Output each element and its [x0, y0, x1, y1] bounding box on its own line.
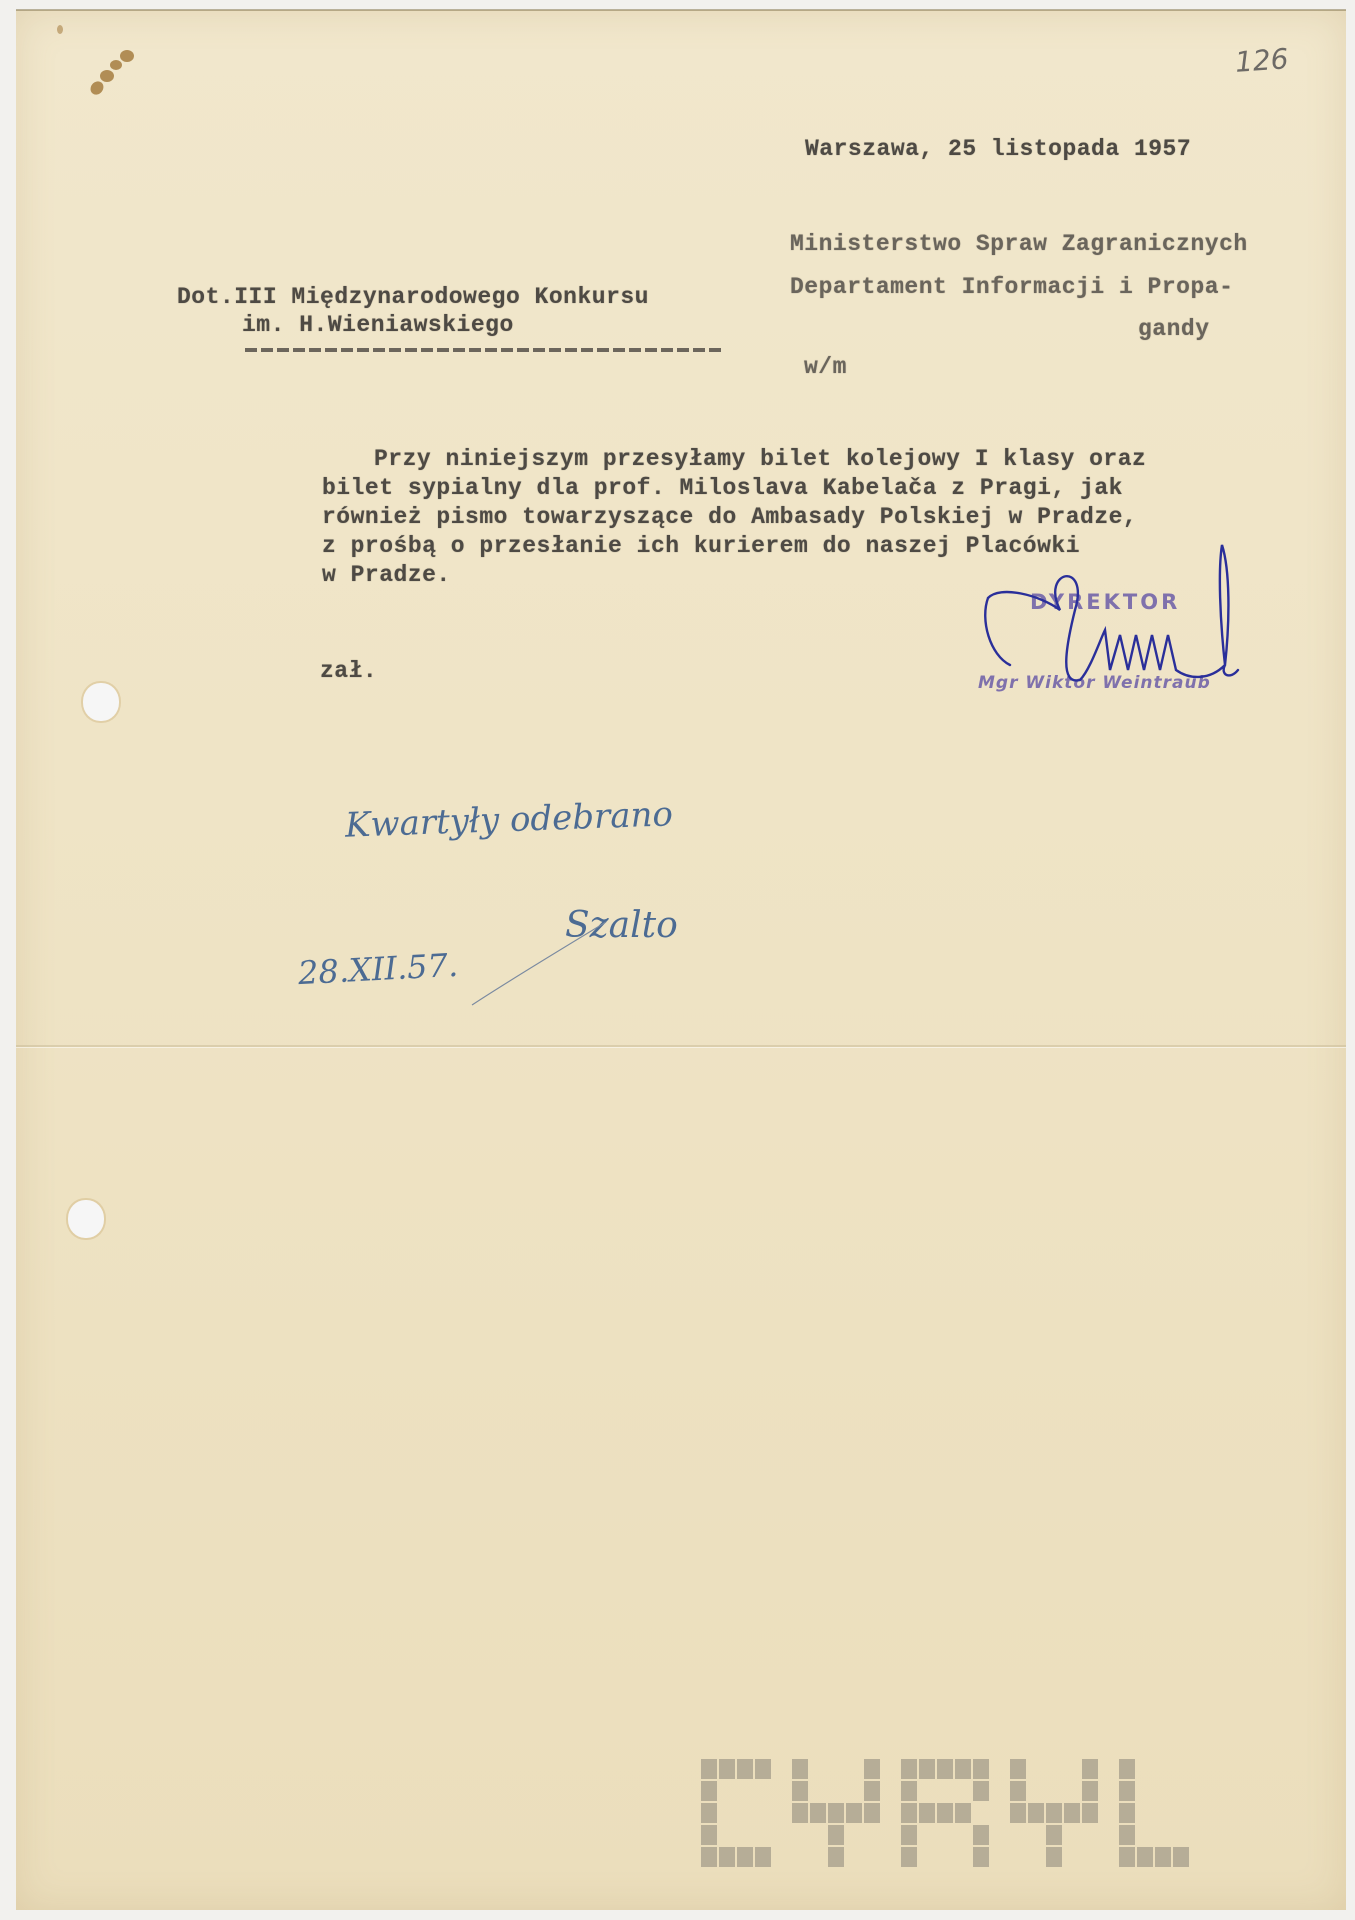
logo-cell	[701, 1781, 717, 1801]
logo-cell	[1046, 1847, 1062, 1867]
subject-underline	[245, 348, 723, 352]
logo-cell	[901, 1847, 917, 1867]
body-line-4: z prośbą o przesłanie ich kurierem do na…	[322, 533, 1080, 559]
body-line-5: w Pradze.	[322, 562, 451, 588]
recipient-line-1: Ministerstwo Spraw Zagranicznych	[790, 231, 1248, 257]
folio-number: 126	[1234, 42, 1290, 79]
logo-cell	[828, 1803, 844, 1823]
subject-line-2: im. H.Wieniawskiego	[242, 312, 514, 338]
logo-cell	[973, 1781, 989, 1801]
subject-line-1: Dot.III Międzynarodowego Konkursu	[177, 284, 649, 310]
logo-cell	[1173, 1847, 1189, 1867]
logo-cell	[719, 1759, 735, 1779]
logo-cell	[919, 1803, 935, 1823]
logo-cell	[901, 1781, 917, 1801]
logo-cell	[1064, 1803, 1080, 1823]
logo-cell	[973, 1847, 989, 1867]
logo-cell	[1028, 1803, 1044, 1823]
logo-cell	[1119, 1847, 1135, 1867]
rust-stain	[100, 70, 114, 82]
logo-cell	[1010, 1803, 1026, 1823]
punch-hole-top	[83, 683, 119, 721]
body-line-1: Przy niniejszym przesyłamy bilet kolejow…	[374, 446, 1146, 472]
logo-cell	[1119, 1803, 1135, 1823]
logo-cell	[792, 1781, 808, 1801]
logo-cell	[792, 1759, 808, 1779]
recipient-line-3: gandy	[1138, 316, 1210, 342]
body-line-3: również pismo towarzyszące do Ambasady P…	[322, 504, 1137, 530]
logo-cell	[919, 1759, 935, 1779]
logo-cell	[937, 1803, 953, 1823]
director-signature	[980, 540, 1250, 700]
logo-cell	[901, 1825, 917, 1845]
logo-cell	[1137, 1847, 1153, 1867]
recipient-line-2: Departament Informacji i Propa-	[790, 274, 1233, 300]
logo-cell	[737, 1847, 753, 1867]
pencil-stroke	[470, 920, 610, 1010]
logo-cell	[846, 1803, 862, 1823]
logo-cell	[701, 1803, 717, 1823]
place-date: Warszawa, 25 listopada 1957	[805, 136, 1191, 162]
logo-cell	[828, 1825, 844, 1845]
enclosure-mark: zał.	[320, 658, 377, 684]
logo-cell	[973, 1759, 989, 1779]
logo-cell	[955, 1759, 971, 1779]
logo-cell	[901, 1759, 917, 1779]
body-line-2: bilet sypialny dla prof. Miloslava Kabel…	[322, 475, 1123, 501]
logo-cell	[937, 1759, 953, 1779]
logo-cell	[1010, 1781, 1026, 1801]
logo-cell	[864, 1759, 880, 1779]
logo-cell	[755, 1847, 771, 1867]
routing-mark: w/m	[804, 354, 847, 380]
logo-cell	[792, 1803, 808, 1823]
logo-cell	[737, 1759, 753, 1779]
logo-cell	[864, 1781, 880, 1801]
logo-cell	[701, 1847, 717, 1867]
rust-stain	[57, 25, 63, 34]
logo-cell	[1119, 1759, 1135, 1779]
logo-cell	[1155, 1847, 1171, 1867]
logo-cell	[1119, 1825, 1135, 1845]
rust-stain	[120, 50, 134, 62]
logo-cell	[901, 1803, 917, 1823]
page-top-edge	[16, 9, 1346, 11]
logo-cell	[701, 1759, 717, 1779]
logo-cell	[864, 1803, 880, 1823]
logo-cell	[973, 1825, 989, 1845]
logo-cell	[755, 1759, 771, 1779]
logo-cell	[701, 1825, 717, 1845]
logo-cell	[955, 1803, 971, 1823]
logo-cell	[1046, 1825, 1062, 1845]
rust-stain	[110, 60, 122, 70]
logo-cell	[1082, 1781, 1098, 1801]
logo-cell	[1082, 1759, 1098, 1779]
logo-cell	[828, 1847, 844, 1867]
logo-cell	[1046, 1803, 1062, 1823]
logo-cell	[719, 1847, 735, 1867]
logo-cell	[1010, 1759, 1026, 1779]
logo-cell	[810, 1803, 826, 1823]
fold-line	[16, 1045, 1346, 1047]
logo-cell	[1082, 1803, 1098, 1823]
punch-hole-bottom	[68, 1200, 104, 1238]
logo-cell	[1119, 1781, 1135, 1801]
